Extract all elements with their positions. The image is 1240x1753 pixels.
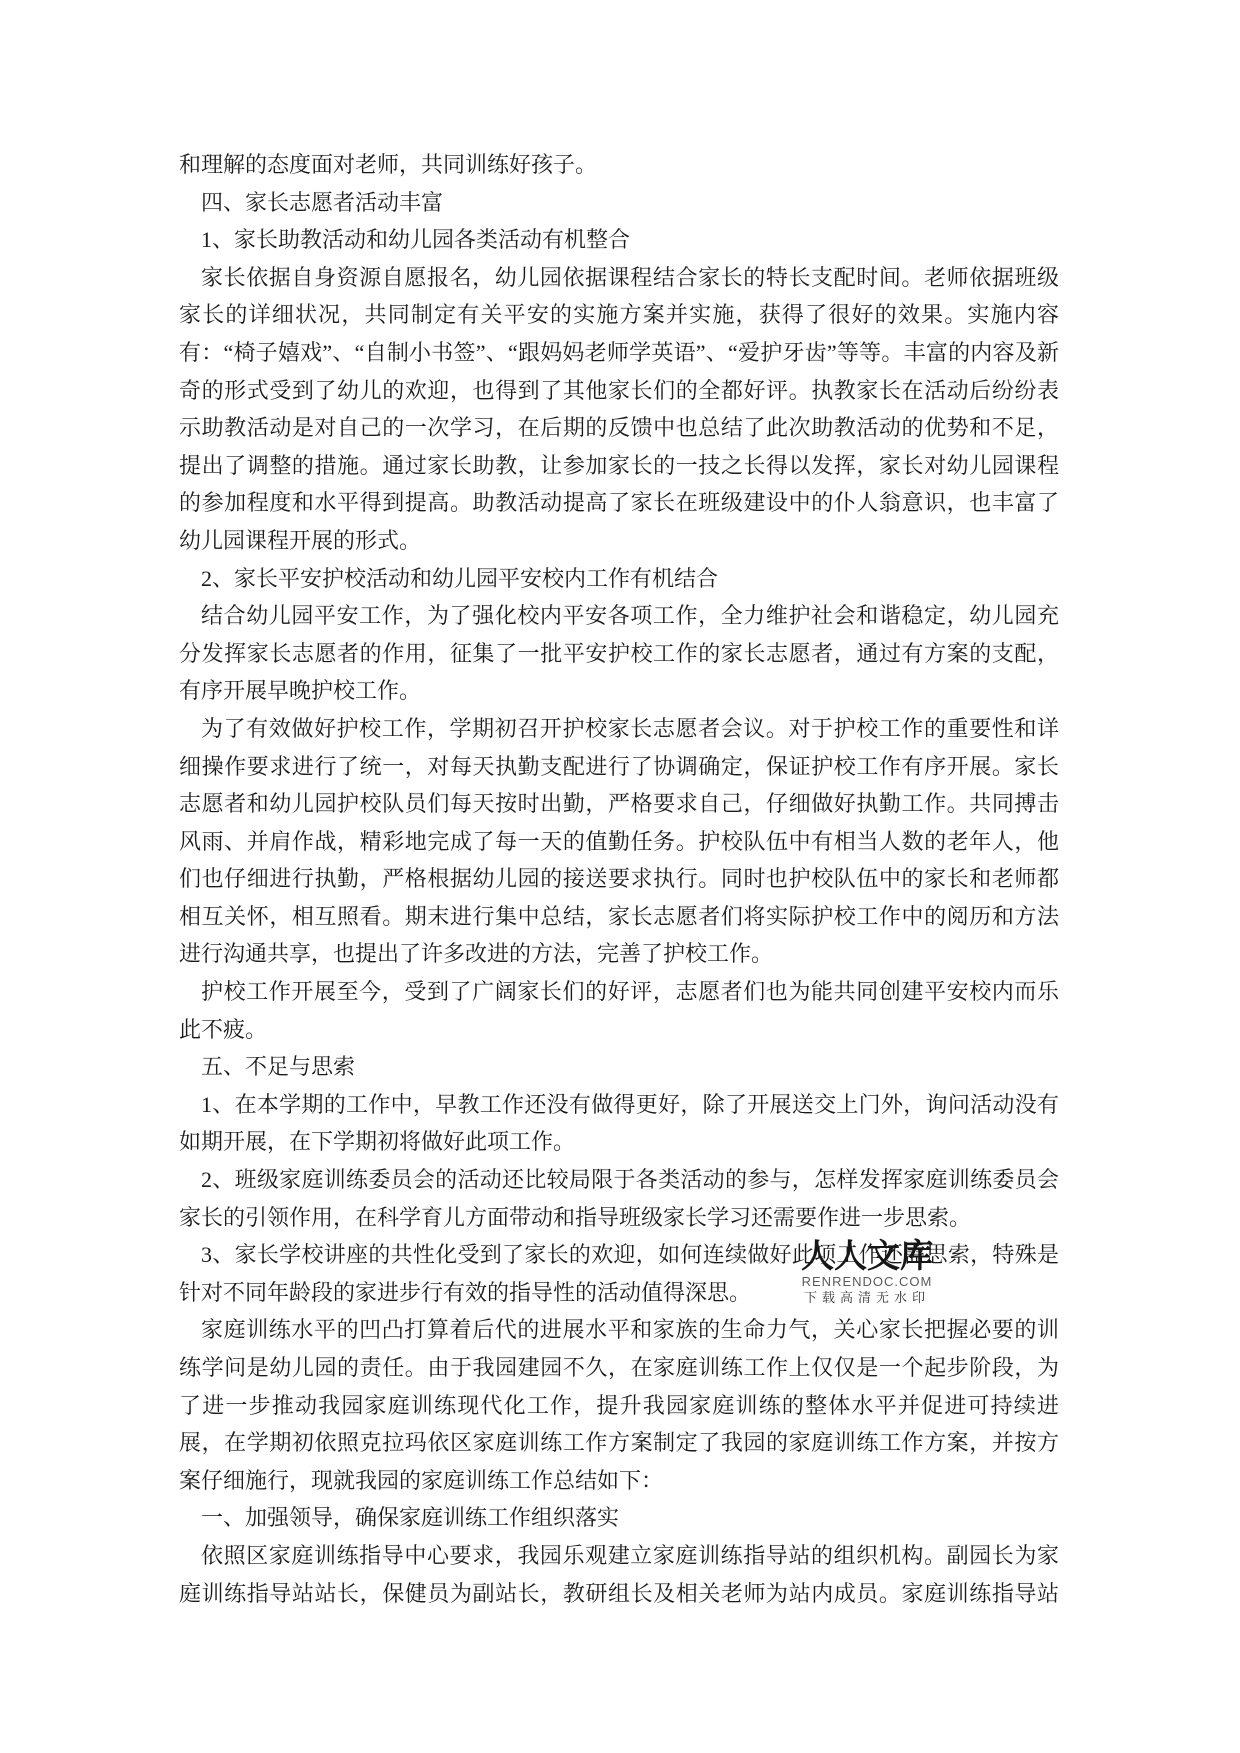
text-line: 示助教活动是对自己的一次学习，在后期的反馈中也总结了此次助教活动的优势和不足， [179,409,1059,447]
text-line: 针对不同年龄段的家进步行有效的指导性的活动值得深思。 [179,1274,1059,1312]
text-line: 结合幼儿园平安工作，为了强化校内平安各项工作，全力维护社会和谐稳定，幼儿园充 [179,597,1059,635]
text-line: 幼儿园课程开展的形式。 [179,522,1059,560]
text-line: 志愿者和幼儿园护校队员们每天按时出勤，严格要求自己，仔细做好执勤工作。共同搏击 [179,785,1059,823]
text-line: 分发挥家长志愿者的作用，征集了一批平安护校工作的家长志愿者，通过有方案的支配， [179,635,1059,673]
text-line: 一、加强领导，确保家庭训练工作组织落实 [179,1499,1059,1537]
text-line: 们也仔细进行执勤，严格根据幼儿园的接送要求执行。同时也护校队伍中的家长和老师都 [179,860,1059,898]
text-line: 了进一步推动我园家庭训练现代化工作，提升我园家庭训练的整体水平并促进可持续进 [179,1387,1059,1425]
text-line: 细操作要求进行了统一，对每天执勤支配进行了协调确定，保证护校工作有序开展。家长 [179,748,1059,786]
text-line: 1、家长助教活动和幼儿园各类活动有机整合 [179,221,1059,259]
text-line: 2、班级家庭训练委员会的活动还比较局限于各类活动的参与，怎样发挥家庭训练委员会 [179,1161,1059,1199]
text-line: 提出了调整的措施。通过家长助教，让参加家长的一技之长得以发挥，家长对幼儿园课程 [179,447,1059,485]
text-line: 五、不足与思索 [179,1048,1059,1086]
text-line: 展，在学期初依照克拉玛依区家庭训练工作方案制定了我园的家庭训练工作方案，并按方 [179,1424,1059,1462]
text-line: 和理解的态度面对老师，共同训练好孩子。 [179,146,1059,184]
text-line: 家长的详细状况，共同制定有关平安的实施方案并实施，获得了很好的效果。实施内容 [179,296,1059,334]
text-line: 有：“椅子嬉戏”、“自制小书签”、“跟妈妈老师学英语”、“爱护牙齿”等等。丰富的… [179,334,1059,372]
text-line: 进行沟通共享，也提出了许多改进的方法，完善了护校工作。 [179,935,1059,973]
text-line: 为了有效做好护校工作，学期初召开护校家长志愿者会议。对于护校工作的重要性和详 [179,710,1059,748]
text-line: 练学问是幼儿园的责任。由于我园建园不久，在家庭训练工作上仅仅是一个起步阶段，为 [179,1349,1059,1387]
document-content: 和理解的态度面对老师，共同训练好孩子。四、家长志愿者活动丰富1、家长助教活动和幼… [179,146,1059,1612]
text-line: 相互关怀，相互照看。期末进行集中总结，家长志愿者们将实际护校工作中的阅历和方法 [179,898,1059,936]
text-line: 庭训练指导站站长，保健员为副站长，教研组长及相关老师为站内成员。家庭训练指导站 [179,1575,1059,1613]
text-line: 奇的形式受到了幼儿的欢迎，也得到了其他家长们的全都好评。执教家长在活动后纷纷表 [179,372,1059,410]
text-line: 3、家长学校讲座的共性化受到了家长的欢迎，如何连续做好此项工作还需思索，特殊是 [179,1236,1059,1274]
text-line: 1、在本学期的工作中，早教工作还没有做得更好，除了开展送交上门外，询问活动没有 [179,1086,1059,1124]
text-line: 四、家长志愿者活动丰富 [179,184,1059,222]
text-line: 家长依据自身资源自愿报名，幼儿园依据课程结合家长的特长支配时间。老师依据班级 [179,259,1059,297]
text-line: 护校工作开展至今，受到了广阔家长们的好评，志愿者们也为能共同创建平安校内而乐 [179,973,1059,1011]
text-line: 有序开展早晚护校工作。 [179,672,1059,710]
text-line: 2、家长平安护校活动和幼儿园平安校内工作有机结合 [179,560,1059,598]
text-line: 家长的引领作用，在科学育儿方面带动和指导班级家长学习还需要作进一步思索。 [179,1199,1059,1237]
text-line: 依照区家庭训练指导中心要求，我园乐观建立家庭训练指导站的组织机构。副园长为家 [179,1537,1059,1575]
document-page: 和理解的态度面对老师，共同训练好孩子。四、家长志愿者活动丰富1、家长助教活动和幼… [0,0,1240,1753]
text-line: 案仔细施行，现就我园的家庭训练工作总结如下： [179,1462,1059,1500]
text-line: 的参加程度和水平得到提高。助教活动提高了家长在班级建设中的仆人翁意识，也丰富了 [179,484,1059,522]
text-line: 风雨、并肩作战，精彩地完成了每一天的值勤任务。护校队伍中有相当人数的老年人，他 [179,823,1059,861]
text-line: 如期开展，在下学期初将做好此项工作。 [179,1123,1059,1161]
text-line: 此不疲。 [179,1011,1059,1049]
text-line: 家庭训练水平的凹凸打算着后代的进展水平和家族的生命力气，关心家长把握必要的训 [179,1311,1059,1349]
